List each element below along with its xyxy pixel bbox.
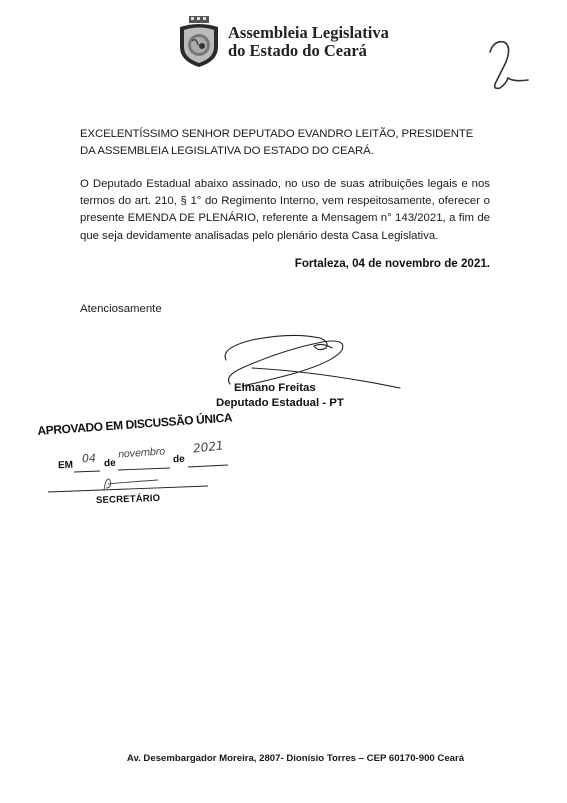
org-name-line-2: do Estado do Ceará bbox=[228, 42, 389, 60]
handwritten-page-number: 2 bbox=[484, 38, 534, 94]
org-name-line-1: Assembleia Legislativa bbox=[228, 24, 389, 42]
handwritten-day: 04 bbox=[82, 452, 96, 465]
closing: Atenciosamente bbox=[80, 301, 490, 318]
letterhead: Assembleia Legislativa do Estado do Cear… bbox=[176, 14, 389, 70]
signer-title: Deputado Estadual - PT bbox=[216, 397, 344, 409]
addressee: EXCELENTÍSSIMO SENHOR DEPUTADO EVANDRO L… bbox=[80, 126, 490, 160]
stamp-de-label-2: de bbox=[173, 454, 185, 465]
body-paragraph: O Deputado Estadual abaixo assinado, no … bbox=[80, 176, 490, 245]
approval-stamp: APROVADO EM DISCUSSÃO ÚNICA EM 04 de nov… bbox=[38, 418, 238, 504]
coat-of-arms-icon bbox=[176, 15, 222, 69]
signer-block: Elmano Freitas Deputado Estadual - PT bbox=[216, 381, 344, 411]
footer-address: Av. Desembargador Moreira, 2807- Dionísi… bbox=[0, 753, 567, 764]
stamp-de-label: de bbox=[104, 458, 116, 469]
stamp-em-label: EM bbox=[58, 460, 73, 472]
organization-name: Assembleia Legislativa do Estado do Cear… bbox=[228, 24, 389, 60]
signer-name: Elmano Freitas bbox=[216, 381, 344, 396]
date-line: Fortaleza, 04 de novembro de 2021. bbox=[295, 257, 490, 270]
secretary-label: SECRETÁRIO bbox=[96, 493, 161, 506]
